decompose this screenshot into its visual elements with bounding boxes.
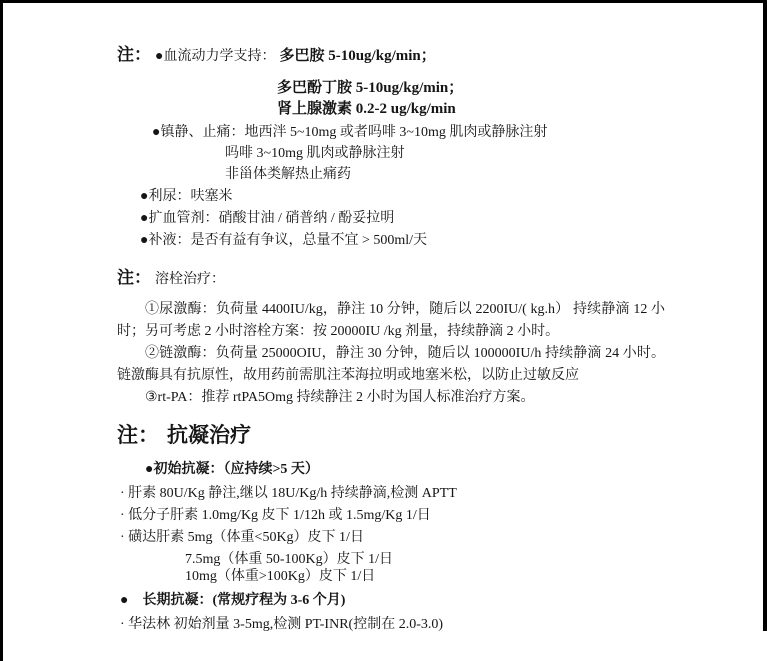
dopamine-dose: 多巴胺 5-10ug/kg/min； — [279, 48, 435, 64]
paragraph-urokinase: ①尿激酶：负荷量 4400IU/kg，静注 10 分钟，随后以 2200IU/(… — [117, 299, 665, 343]
adrenaline-dose: 肾上腺激素 0.2-2 ug/kg/min — [277, 99, 677, 120]
line-fondaparinux-low: · 磺达肝素 5mg（体重<50Kg）皮下 1/日 — [120, 527, 677, 548]
line-diuresis: ●利尿：呋塞米 — [140, 186, 677, 207]
line-morphine: 吗啡 3~10mg 肌肉或静脉注射 — [225, 143, 677, 164]
hemodynamic-support-label: 血流动力学支持： — [163, 49, 275, 64]
scan-edge-top — [0, 0, 767, 3]
line-longterm-anticoagulation-header: ●长期抗凝：(常规疗程为 3-6 个月) — [120, 590, 677, 611]
thrombolysis-title: 溶栓治疗： — [155, 272, 225, 287]
longterm-header-text: 长期抗凝：(常规疗程为 3-6 个月) — [142, 593, 345, 608]
line-anticoagulation-heading: 注：抗凝治疗 — [117, 421, 677, 449]
line-fluid-replacement: ●补液：是否有益有争议，总量不宜 > 500ml/天 — [140, 230, 677, 251]
line-hemodynamic-support: 注：●血流动力学支持：多巴胺 5-10ug/kg/min； — [117, 44, 677, 67]
line-sedation-analgesia: ●镇静、止痛：地西泮 5~10mg 或者吗啡 3~10mg 肌肉或静脉注射 — [152, 122, 677, 143]
document-page: 注：●血流动力学支持：多巴胺 5-10ug/kg/min； 多巴酚丁胺 5-10… — [117, 44, 677, 635]
line-thrombolysis-heading: 注：溶栓治疗： — [117, 266, 677, 292]
scan-edge-right — [763, 0, 767, 631]
anticoagulation-title: 抗凝治疗 — [167, 423, 251, 447]
line-initial-anticoagulation-header: ●初始抗凝：（应持续>5 天） — [145, 459, 677, 480]
line-lmwh: · 低分子肝素 1.0mg/Kg 皮下 1/12h 或 1.5mg/Kg 1/日 — [120, 505, 677, 526]
line-nsaids: 非甾体类解热止痛药 — [225, 164, 677, 185]
line-fondaparinux-mid: 7.5mg（体重 50-100Kg）皮下 1/日 — [185, 551, 677, 568]
line-vasodilators: ●扩血管剂：硝酸甘油 / 硝普纳 / 酚妥拉明 — [140, 208, 677, 229]
line-heparin: · 肝素 80U/Kg 静注,继以 18U/Kg/h 持续静滴,检测 APTT — [120, 483, 677, 504]
dobutamine-dose: 多巴酚丁胺 5-10ug/kg/min； — [277, 78, 677, 99]
note1-label: 注： — [117, 45, 151, 64]
bullet-icon: ● — [120, 593, 128, 608]
line-rtpa: ③rt-PA：推荐 rtPA5Omg 持续静注 2 小时为国人标准治疗方案。 — [145, 387, 677, 409]
scan-edge-left — [0, 0, 3, 661]
line-fondaparinux-high: 10mg（体重>100Kg）皮下 1/日 — [185, 568, 677, 585]
note3-label: 注： — [117, 423, 159, 447]
line-warfarin: · 华法林 初始剂量 3-5mg,检测 PT-INR(控制在 2.0-3.0) — [120, 614, 677, 635]
paragraph-streptokinase: ②链激酶：负荷量 25000OIU，静注 30 分钟，随后以 100000IU/… — [117, 343, 665, 387]
note2-label: 注： — [117, 268, 151, 287]
